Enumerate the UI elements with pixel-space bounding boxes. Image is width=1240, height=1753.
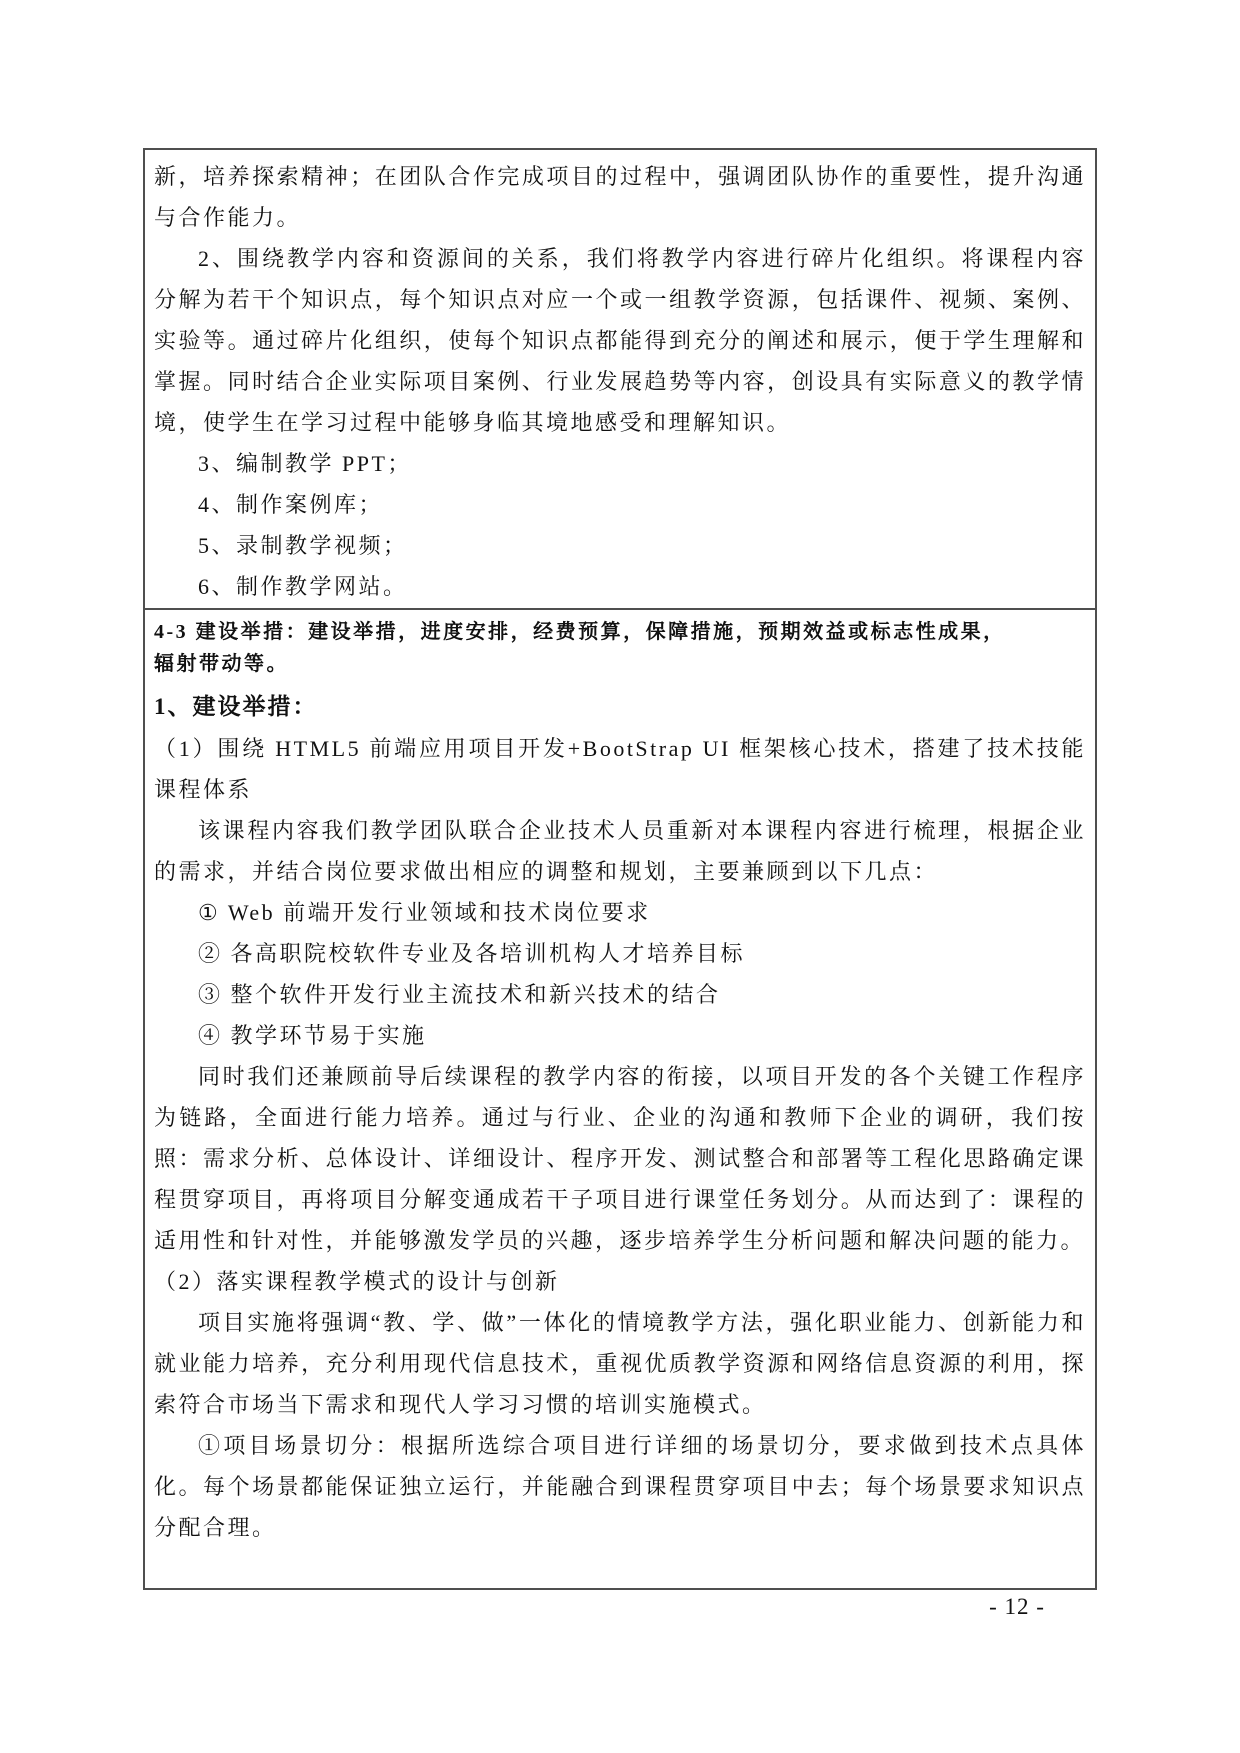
document-page: { "colors": { "table_border": "#4f4f4f",…	[0, 0, 1240, 1753]
list-item-4: 4、制作案例库；	[154, 484, 1086, 525]
paragraph-course-reorg: 该课程内容我们教学团队联合企业技术人员重新对本课程内容进行梳理，根据企业的需求，…	[154, 810, 1086, 892]
paragraph-item-2: 2、围绕教学内容和资源间的关系，我们将教学内容进行碎片化组织。将课程内容分解为若…	[154, 238, 1086, 443]
section-4-2-continued: 新，培养探索精神；在团队合作完成项目的过程中，强调团队协作的重要性，提升沟通与合…	[145, 150, 1095, 610]
subsection-1-heading: 1、建设举措：	[154, 686, 1086, 728]
paragraph-measure-2-title: （2）落实课程教学模式的设计与创新	[154, 1261, 1086, 1302]
circled-item-1: ① Web 前端开发行业领域和技术岗位要求	[154, 892, 1086, 933]
paragraph-continuation: 新，培养探索精神；在团队合作完成项目的过程中，强调团队协作的重要性，提升沟通与合…	[154, 156, 1086, 238]
paragraph-curriculum-link: 同时我们还兼顾前导后续课程的教学内容的衔接，以项目开发的各个关键工作程序为链路，…	[154, 1056, 1086, 1261]
paragraph-teaching-mode: 项目实施将强调“教、学、做”一体化的情境教学方法，强化职业能力、创新能力和就业能…	[154, 1302, 1086, 1425]
list-item-5: 5、录制教学视频；	[154, 525, 1086, 566]
section-4-3-heading-line2: 辐射带动等。	[154, 653, 289, 675]
section-4-3-heading-line1: 4-3 建设举措：建设举措，进度安排，经费预算，保障措施，预期效益或标志性成果，	[154, 621, 1006, 643]
circled-item-3: ③ 整个软件开发行业主流技术和新兴技术的结合	[154, 974, 1086, 1015]
section-4-3-heading: 4-3 建设举措：建设举措，进度安排，经费预算，保障措施，预期效益或标志性成果，…	[154, 616, 1086, 680]
page-number: - 12 -	[962, 1594, 1072, 1620]
circled-item-4: ④ 教学环节易于实施	[154, 1015, 1086, 1056]
list-item-3: 3、编制教学 PPT；	[154, 443, 1086, 484]
circled-item-2: ② 各高职院校软件专业及各培训机构人才培养目标	[154, 933, 1086, 974]
document-table: 新，培养探索精神；在团队合作完成项目的过程中，强调团队协作的重要性，提升沟通与合…	[143, 148, 1097, 1590]
list-item-6: 6、制作教学网站。	[154, 566, 1086, 607]
section-4-3: 4-3 建设举措：建设举措，进度安排，经费预算，保障措施，预期效益或标志性成果，…	[145, 610, 1095, 1588]
paragraph-measure-1-title: （1）围绕 HTML5 前端应用项目开发+BootStrap UI 框架核心技术…	[154, 728, 1086, 810]
paragraph-scene-split: ①项目场景切分：根据所选综合项目进行详细的场景切分，要求做到技术点具体化。每个场…	[154, 1425, 1086, 1548]
